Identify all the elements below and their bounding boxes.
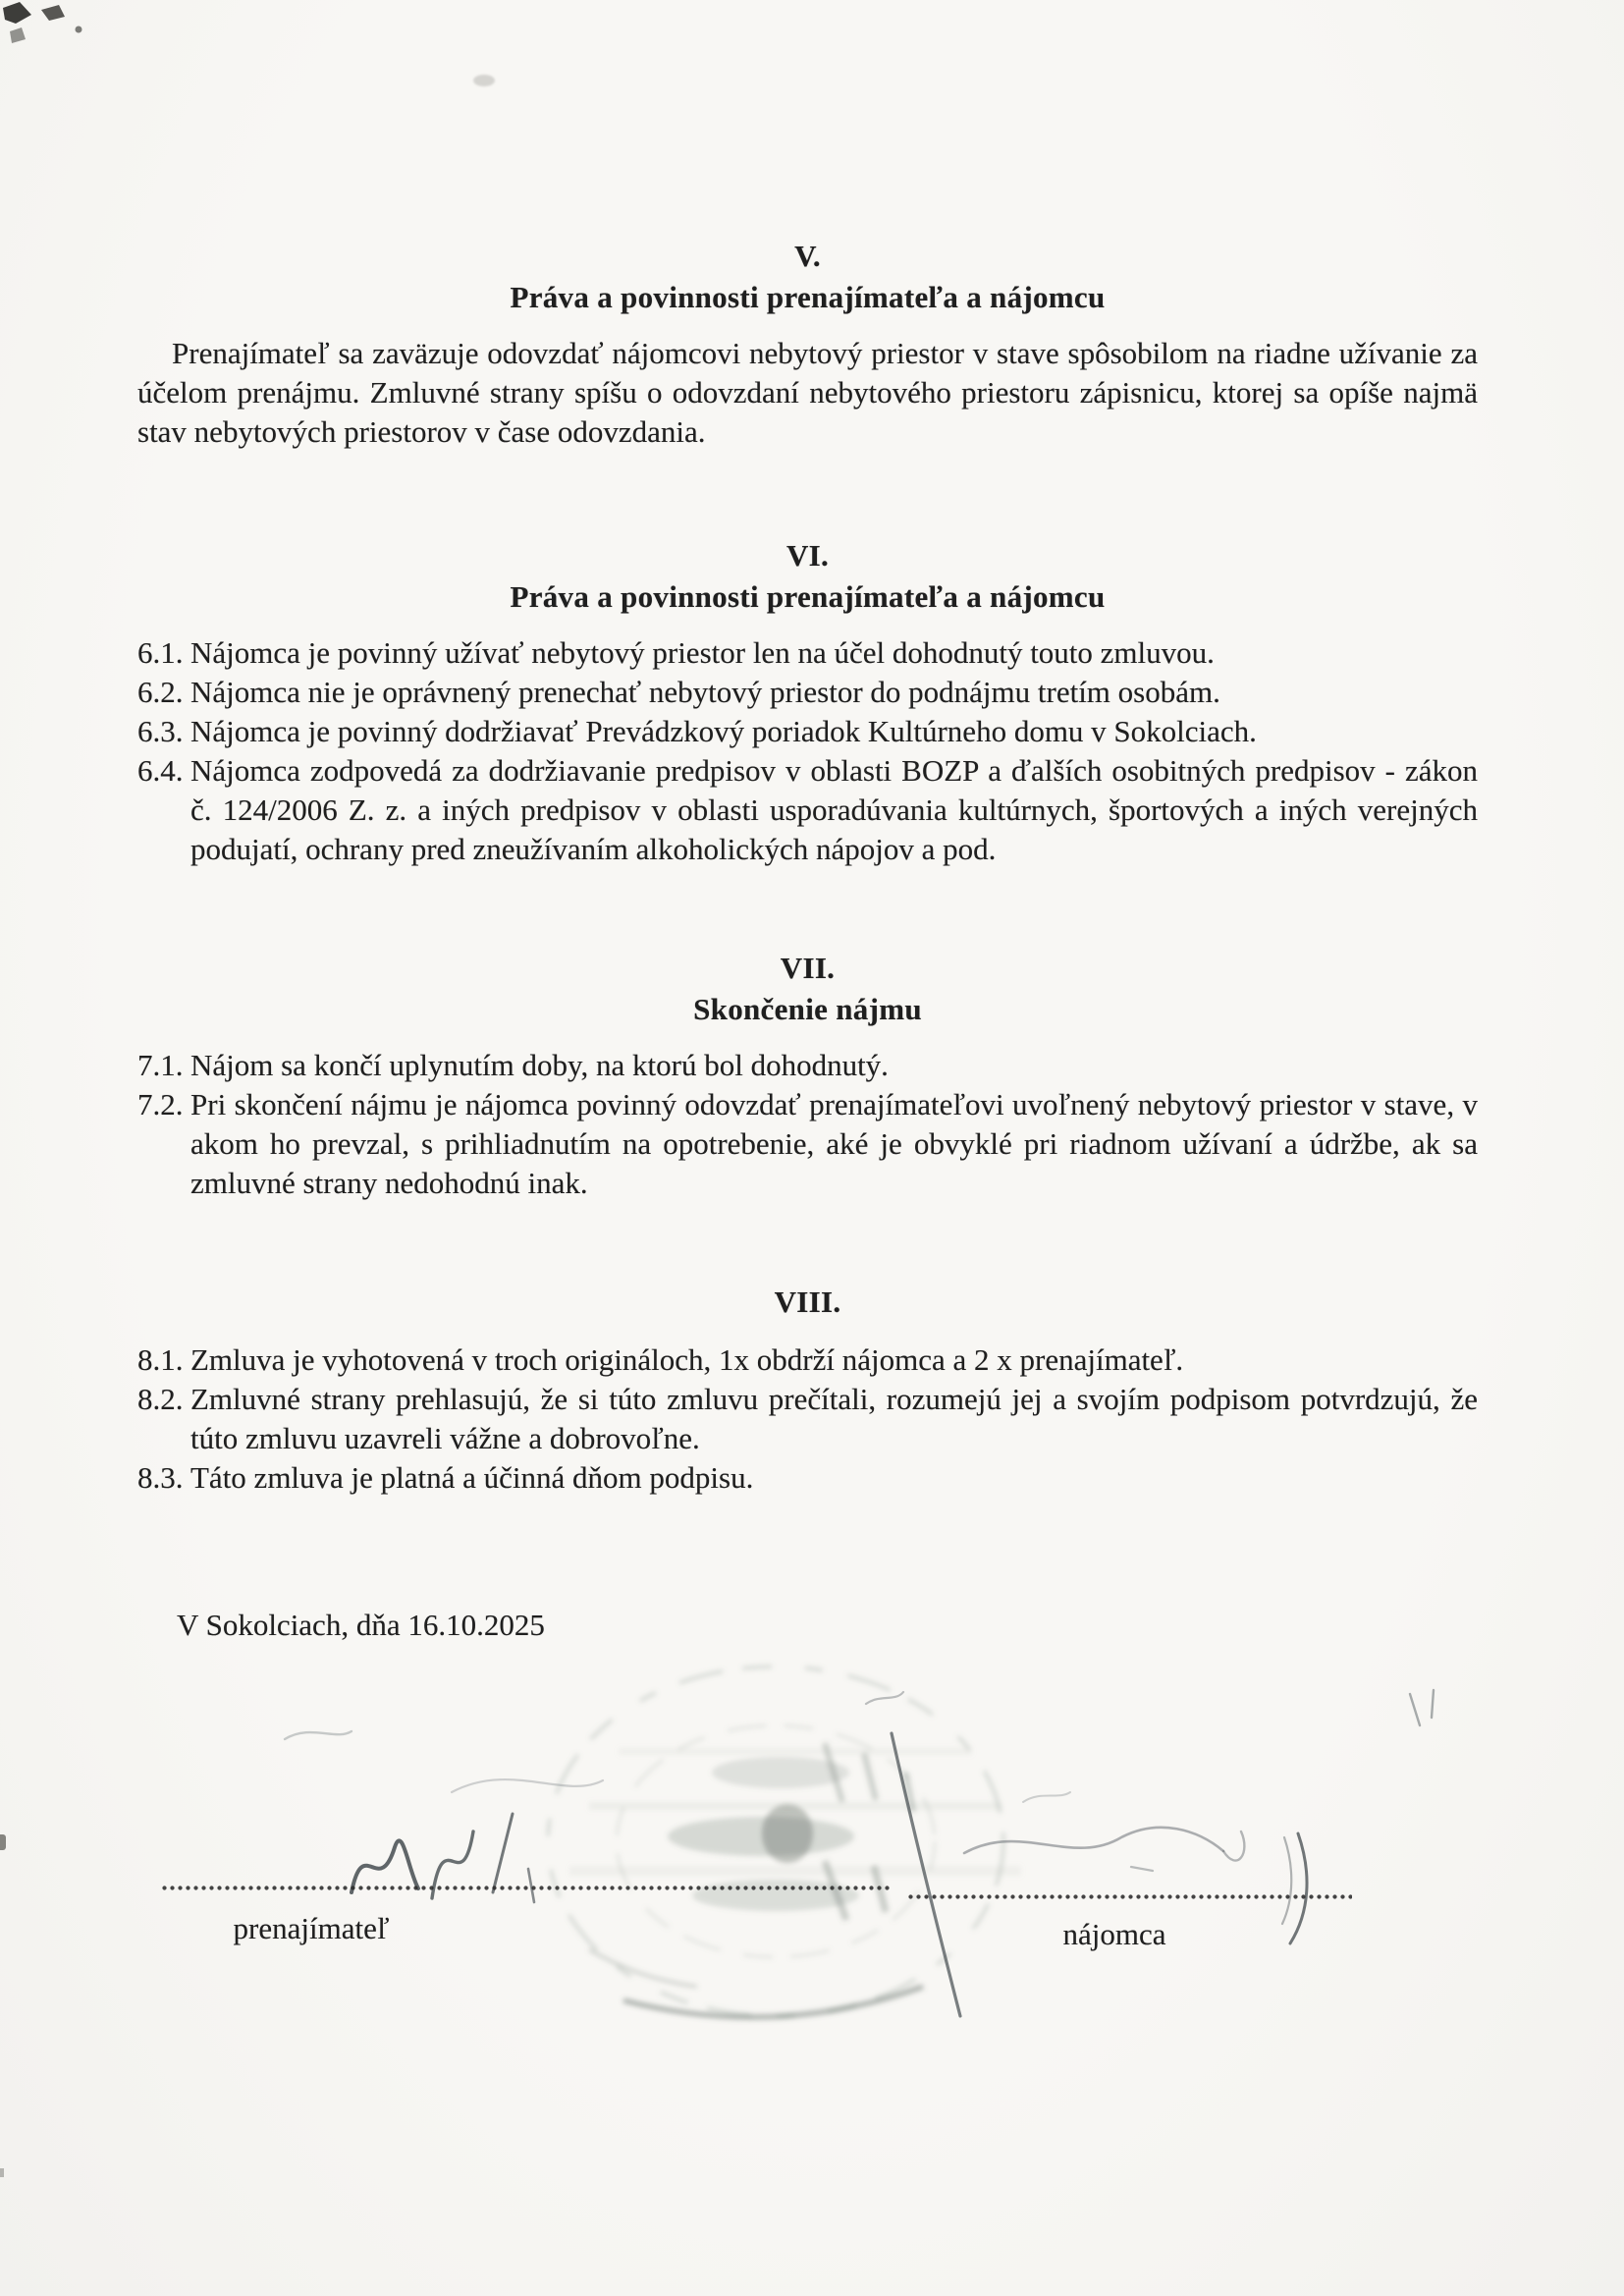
section-number: VII. <box>137 948 1478 989</box>
signature-label-tenant: nájomca <box>1036 1915 1193 1954</box>
item-number: 7.1. <box>137 1046 190 1085</box>
list-item: 7.1. Nájom sa končí uplynutím doby, na k… <box>137 1046 1478 1085</box>
signature-line-lessor <box>162 1886 891 1890</box>
section-v: V. Práva a povinnosti prenajímateľa a ná… <box>137 236 1478 452</box>
list-item: 6.3. Nájomca je povinný dodržiavať Prevá… <box>137 712 1478 751</box>
document-body: V. Práva a povinnosti prenajímateľa a ná… <box>0 0 1624 1645</box>
list-item: 6.2. Nájomca nie je oprávnený prenechať … <box>137 673 1478 712</box>
item-number: 7.2. <box>137 1085 190 1203</box>
clause-list: 7.1. Nájom sa končí uplynutím doby, na k… <box>137 1046 1478 1203</box>
item-text: Nájomca je povinný užívať nebytový pries… <box>190 633 1478 673</box>
item-number: 6.2. <box>137 673 190 712</box>
item-text: Zmluva je vyhotovená v troch origináloch… <box>190 1340 1478 1380</box>
item-text: Táto zmluva je platná a účinná dňom podp… <box>190 1458 1478 1498</box>
list-item: 8.3. Táto zmluva je platná a účinná dňom… <box>137 1458 1478 1498</box>
section-vi: VI. Práva a povinnosti prenajímateľa a n… <box>137 535 1478 869</box>
item-number: 6.3. <box>137 712 190 751</box>
item-number: 8.3. <box>137 1458 190 1498</box>
section-title: Skončenie nájmu <box>137 989 1478 1030</box>
list-item: 6.4. Nájomca zodpovedá za dodržiavanie p… <box>137 751 1478 869</box>
item-text: Nájomca zodpovedá za dodržiavanie predpi… <box>190 751 1478 869</box>
item-text: Nájomca nie je oprávnený prenechať nebyt… <box>190 673 1478 712</box>
clause-list: 6.1. Nájomca je povinný užívať nebytový … <box>137 633 1478 869</box>
section-title: Práva a povinnosti prenajímateľa a nájom… <box>137 277 1478 318</box>
item-number: 6.1. <box>137 633 190 673</box>
section-number: VIII. <box>137 1282 1478 1323</box>
section-title: Práva a povinnosti prenajímateľa a nájom… <box>137 576 1478 618</box>
signature-line-tenant <box>908 1894 1352 1899</box>
section-paragraph: Prenajímateľ sa zaväzuje odovzdať nájomc… <box>137 334 1478 452</box>
scan-edge-mark <box>0 2168 4 2177</box>
list-item: 8.2. Zmluvné strany prehlasujú, že si tú… <box>137 1380 1478 1458</box>
section-number: V. <box>137 236 1478 277</box>
signature-ink <box>137 1645 1487 2077</box>
clause-list: 8.1. Zmluva je vyhotovená v troch origin… <box>137 1340 1478 1498</box>
section-viii: VIII. 8.1. Zmluva je vyhotovená v troch … <box>137 1282 1478 1498</box>
list-item: 6.1. Nájomca je povinný užívať nebytový … <box>137 633 1478 673</box>
scanned-contract-page: V. Práva a povinnosti prenajímateľa a ná… <box>0 0 1624 2296</box>
section-vii: VII. Skončenie nájmu 7.1. Nájom sa končí… <box>137 948 1478 1203</box>
list-item: 8.1. Zmluva je vyhotovená v troch origin… <box>137 1340 1478 1380</box>
signature-label-lessor: prenajímateľ <box>218 1909 405 1948</box>
item-text: Nájomca je povinný dodržiavať Prevádzkov… <box>190 712 1478 751</box>
item-text: Nájom sa končí uplynutím doby, na ktorú … <box>190 1046 1478 1085</box>
section-number: VI. <box>137 535 1478 576</box>
item-number: 6.4. <box>137 751 190 869</box>
list-item: 7.2. Pri skončení nájmu je nájomca povin… <box>137 1085 1478 1203</box>
item-number: 8.2. <box>137 1380 190 1458</box>
scan-edge-mark <box>0 1834 6 1850</box>
date-place-line: V Sokolciach, dňa 16.10.2025 <box>177 1606 1478 1645</box>
item-number: 8.1. <box>137 1340 190 1380</box>
item-text: Zmluvné strany prehlasujú, že si túto zm… <box>190 1380 1478 1458</box>
item-text: Pri skončení nájmu je nájomca povinný od… <box>190 1085 1478 1203</box>
